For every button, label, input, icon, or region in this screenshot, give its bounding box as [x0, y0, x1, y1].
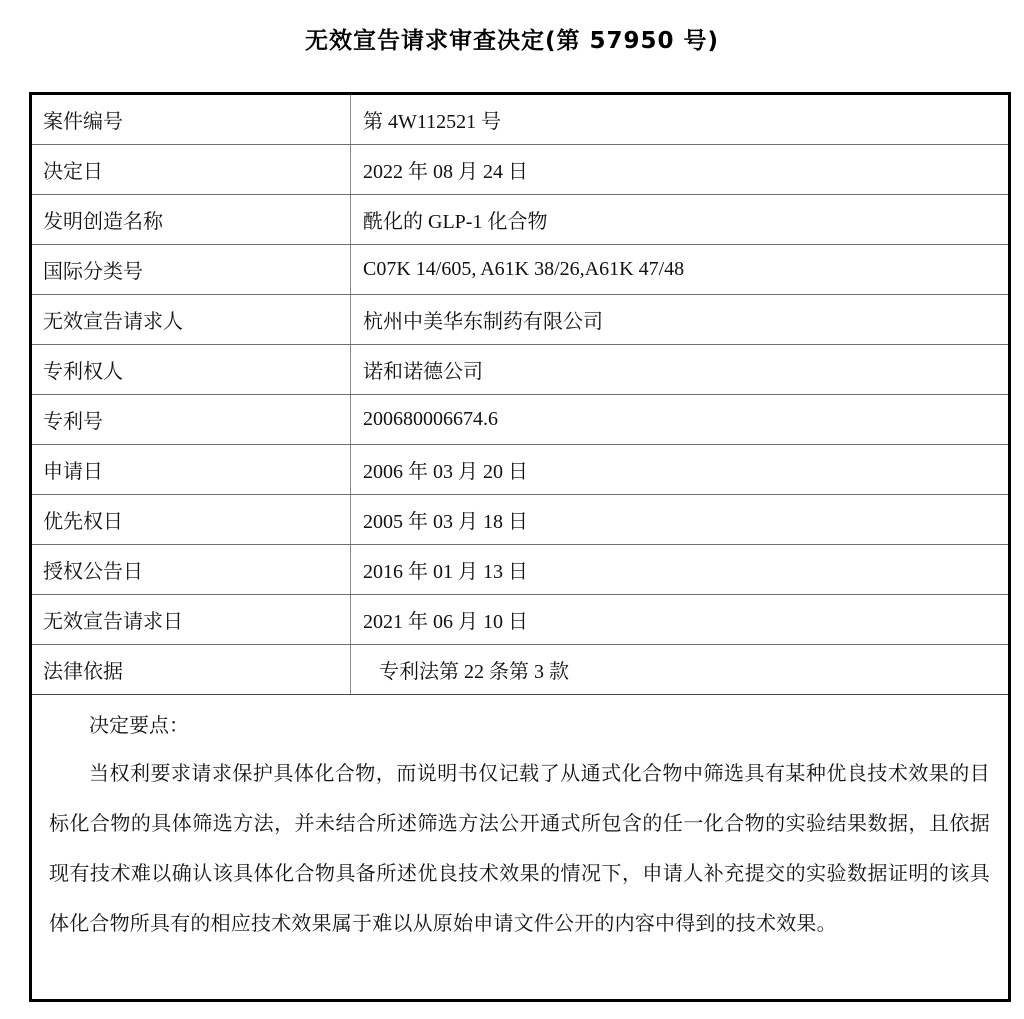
- table-row-patentee: 专利权人 诺和诺德公司: [32, 345, 1008, 395]
- row-value: 2022 年 08 月 24 日: [351, 145, 1009, 195]
- row-value: C07K 14/605, A61K 38/26,A61K 47/48: [351, 245, 1009, 295]
- decision-summary: 决定要点： 当权利要求请求保护具体化合物，而说明书仅记载了从通式化合物中筛选具有…: [32, 695, 1008, 949]
- row-label: 专利号: [32, 395, 351, 445]
- summary-body: 当权利要求请求保护具体化合物，而说明书仅记载了从通式化合物中筛选具有某种优良技术…: [49, 749, 990, 949]
- row-value: 2006 年 03 月 20 日: [351, 445, 1009, 495]
- row-label: 申请日: [32, 445, 351, 495]
- document-title: 无效宣告请求审查决定(第 57950 号): [0, 22, 1024, 55]
- row-label: 案件编号: [32, 95, 351, 145]
- table-row-petitioner: 无效宣告请求人 杭州中美华东制药有限公司: [32, 295, 1008, 345]
- case-info-table: 案件编号 第 4W112521 号 决定日 2022 年 08 月 24 日 发…: [32, 95, 1008, 695]
- row-value: 2021 年 06 月 10 日: [351, 595, 1009, 645]
- table-row-priority-date: 优先权日 2005 年 03 月 18 日: [32, 495, 1008, 545]
- row-value: 2016 年 01 月 13 日: [351, 545, 1009, 595]
- table-row-ipc: 国际分类号 C07K 14/605, A61K 38/26,A61K 47/48: [32, 245, 1008, 295]
- row-label: 优先权日: [32, 495, 351, 545]
- row-value: 200680006674.6: [351, 395, 1009, 445]
- row-label: 国际分类号: [32, 245, 351, 295]
- table-row-filing-date: 申请日 2006 年 03 月 20 日: [32, 445, 1008, 495]
- row-label: 发明创造名称: [32, 195, 351, 245]
- row-value: 诺和诺德公司: [351, 345, 1009, 395]
- table-row-legal-basis: 法律依据 专利法第 22 条第 3 款: [32, 645, 1008, 695]
- table-row-invention-name: 发明创造名称 酰化的 GLP-1 化合物: [32, 195, 1008, 245]
- row-label: 决定日: [32, 145, 351, 195]
- table-row-grant-date: 授权公告日 2016 年 01 月 13 日: [32, 545, 1008, 595]
- table-row-case-number: 案件编号 第 4W112521 号: [32, 95, 1008, 145]
- row-label: 无效宣告请求人: [32, 295, 351, 345]
- summary-heading: 决定要点：: [49, 707, 990, 745]
- row-label: 无效宣告请求日: [32, 595, 351, 645]
- row-label: 专利权人: [32, 345, 351, 395]
- decision-frame: 案件编号 第 4W112521 号 决定日 2022 年 08 月 24 日 发…: [29, 92, 1011, 1002]
- row-value: 2005 年 03 月 18 日: [351, 495, 1009, 545]
- row-label: 法律依据: [32, 645, 351, 695]
- row-value: 专利法第 22 条第 3 款: [351, 645, 1009, 695]
- row-value: 杭州中美华东制药有限公司: [351, 295, 1009, 345]
- row-label: 授权公告日: [32, 545, 351, 595]
- row-value: 酰化的 GLP-1 化合物: [351, 195, 1009, 245]
- table-row-patent-number: 专利号 200680006674.6: [32, 395, 1008, 445]
- row-value: 第 4W112521 号: [351, 95, 1009, 145]
- table-row-request-date: 无效宣告请求日 2021 年 06 月 10 日: [32, 595, 1008, 645]
- table-row-decision-date: 决定日 2022 年 08 月 24 日: [32, 145, 1008, 195]
